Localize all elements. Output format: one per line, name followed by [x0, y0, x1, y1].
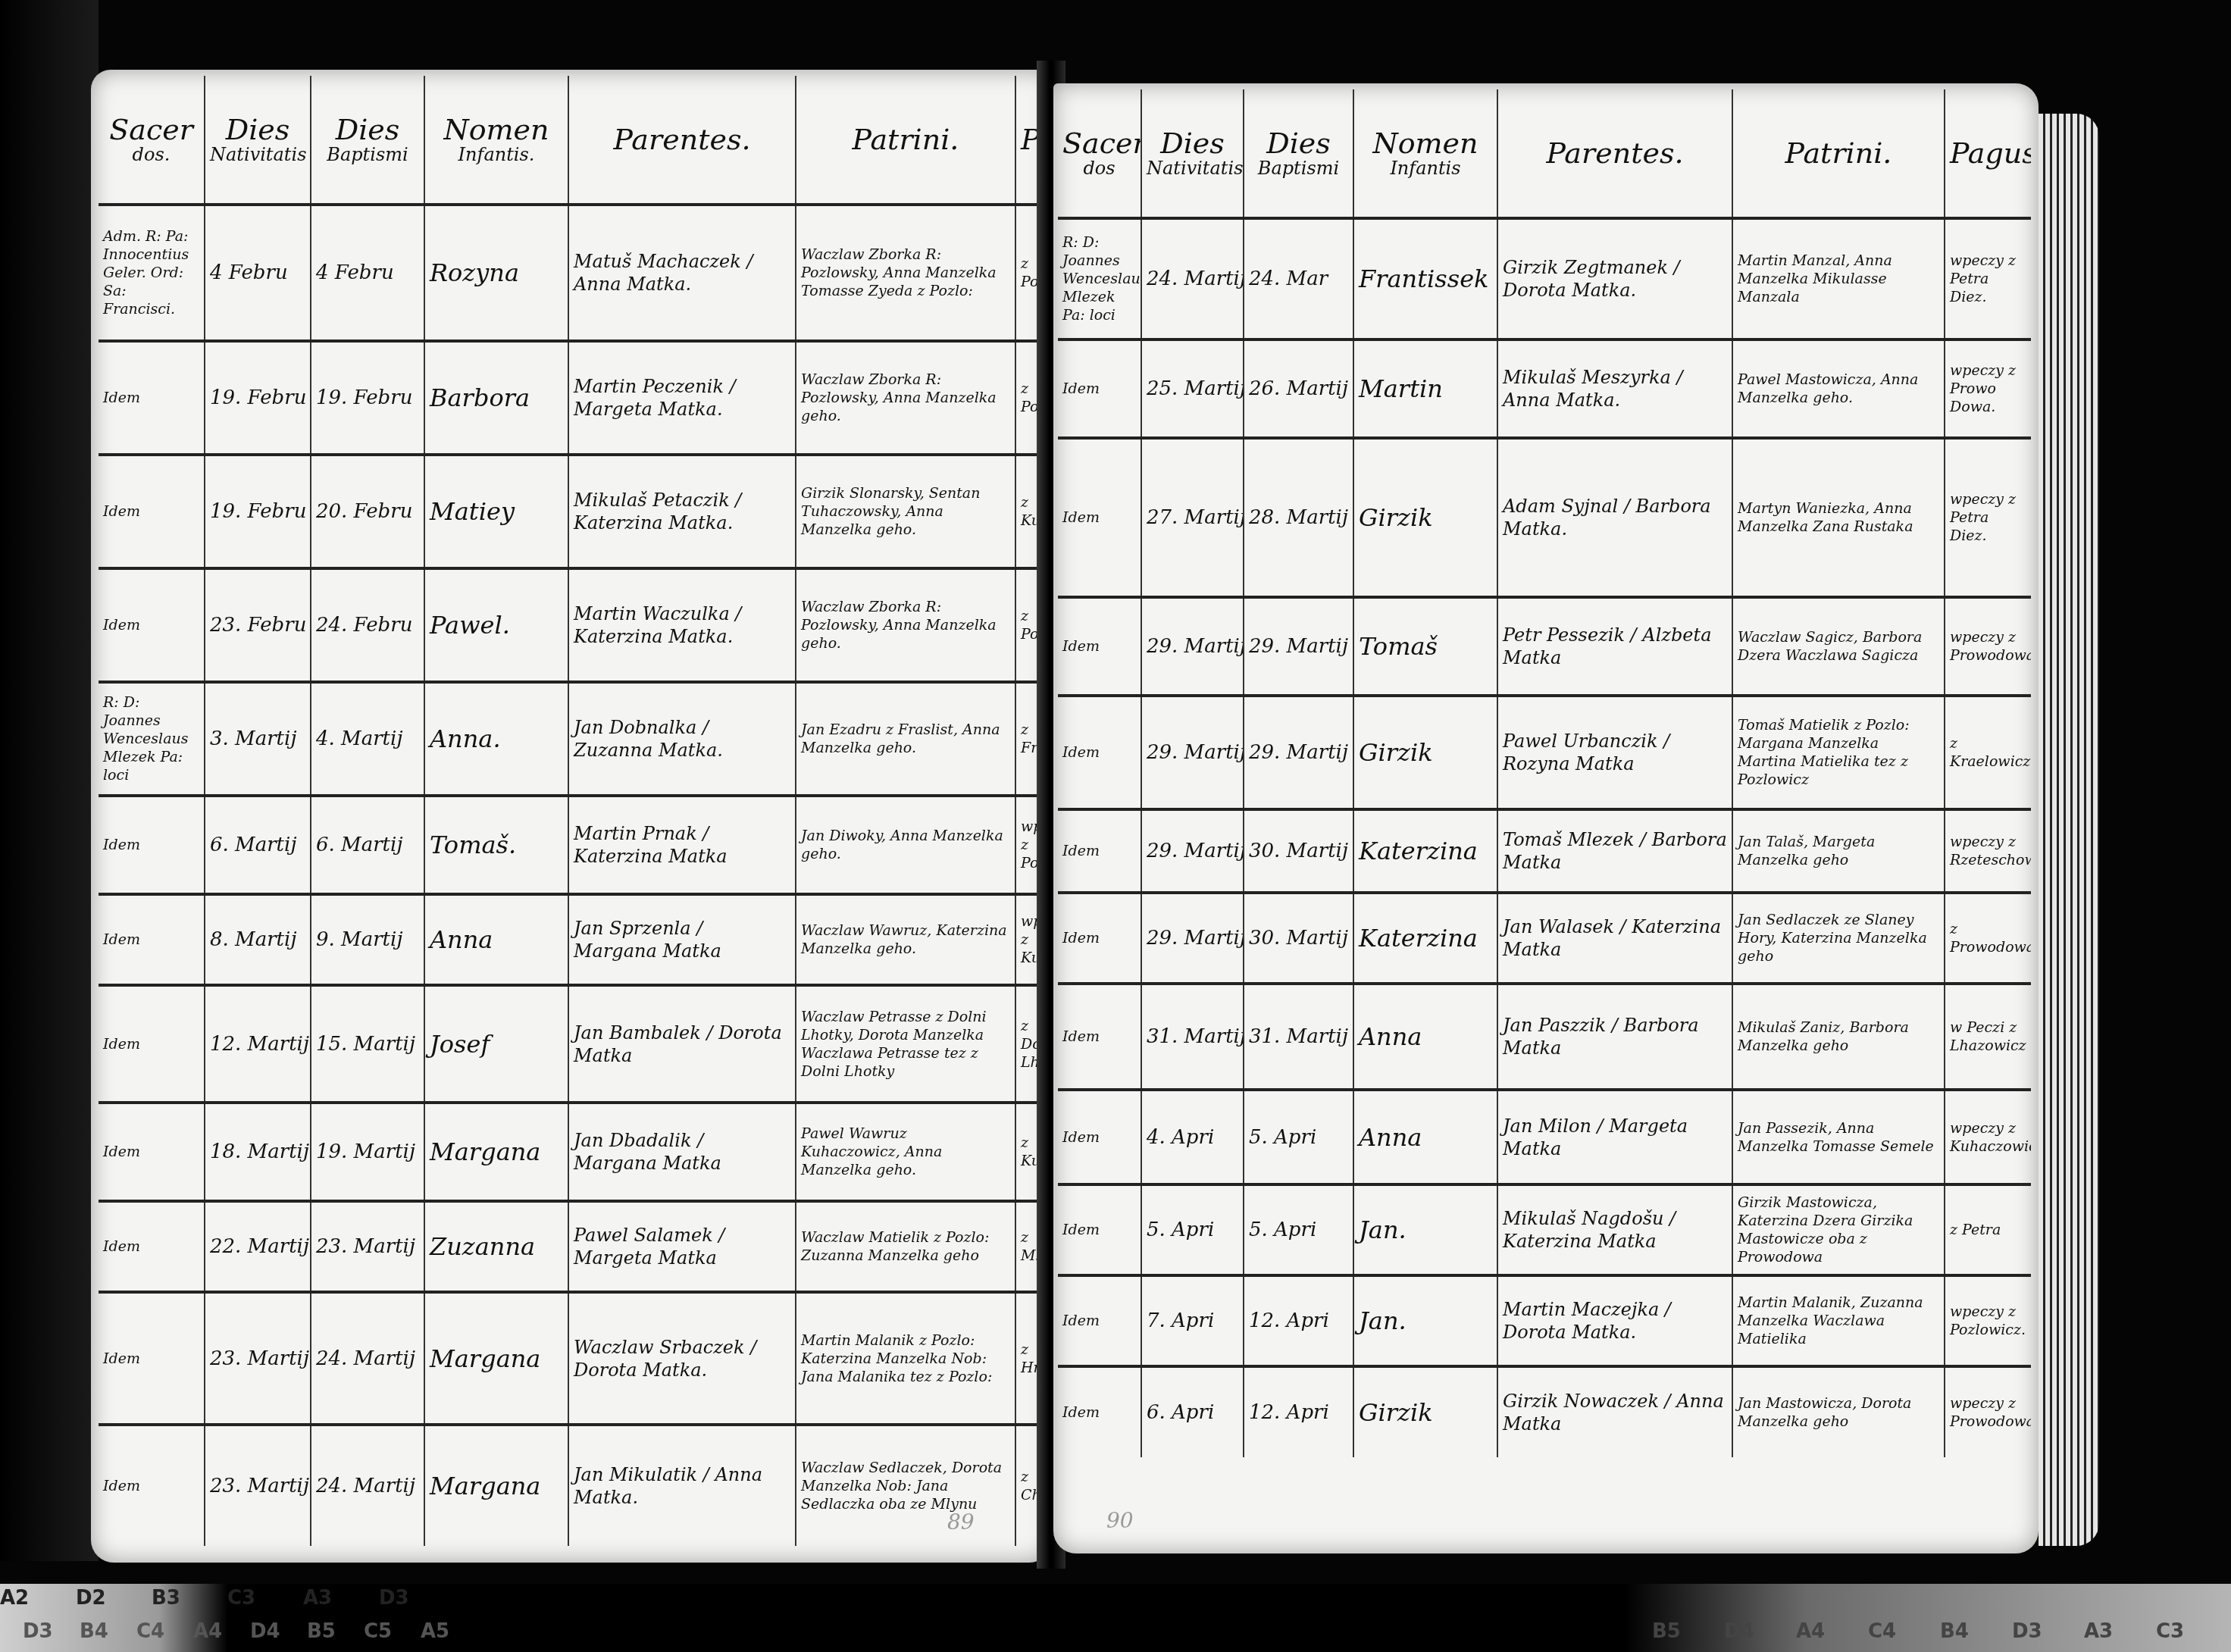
- village-cell: wpeczy z Rzeteschowa: [1945, 809, 2031, 893]
- godparents-cell: Martyn Waniezka, Anna Manzelka Zana Rust…: [1732, 438, 1945, 597]
- birth-date-cell: 12. Martij: [205, 985, 311, 1103]
- header-sacerdos: Sacerdos.: [99, 76, 205, 205]
- ruler-label: A2: [0, 1587, 29, 1610]
- child-name-cell: Girzik: [1353, 438, 1497, 597]
- child-name-cell: Rozyna: [424, 205, 568, 341]
- birth-date-cell: 23. Martij: [205, 1292, 311, 1425]
- child-name-cell: Jan.: [1353, 1275, 1497, 1366]
- parents-cell: Jan Milon / Margeta Matka: [1497, 1090, 1732, 1184]
- village-cell: wpeczy z Prowo Dowa.: [1945, 339, 2031, 438]
- village-cell: wpeczy z Prowodowa.: [1945, 597, 2031, 696]
- ruler-label: D4: [250, 1620, 280, 1643]
- header-patrini: Patrini.: [796, 76, 1015, 205]
- child-name-cell: Pawel.: [424, 568, 568, 682]
- godparents-cell: Martin Malanik, Zuzanna Manzelka Waczlaw…: [1732, 1275, 1945, 1366]
- godparents-cell: Jan Sedlaczek ze Slaney Hory, Katerzina …: [1732, 893, 1945, 984]
- header-pagus: Pagus.: [1945, 89, 2031, 218]
- birth-date-cell: 8. Martij: [205, 894, 311, 985]
- child-name-cell: Katerzina: [1353, 809, 1497, 893]
- godparents-cell: Jan Talaš, Margeta Manzelka geho: [1732, 809, 1945, 893]
- priest-cell: Idem: [1058, 339, 1141, 438]
- register-entry-row: Idem23. Febru24. FebruPawel.Martin Waczu…: [99, 568, 1052, 682]
- godparents-cell: Jan Diwoky, Anna Manzelka geho.: [796, 796, 1015, 894]
- ruler-label: B4: [1940, 1620, 1969, 1643]
- child-name-cell: Anna.: [424, 682, 568, 796]
- birth-date-cell: 4. Apri: [1141, 1090, 1244, 1184]
- birth-date-cell: 29. Martij: [1141, 809, 1244, 893]
- ruler-label: D3: [379, 1587, 409, 1610]
- parents-cell: Jan Paszzik / Barbora Matka: [1497, 984, 1732, 1090]
- child-name-cell: Anna: [424, 894, 568, 985]
- register-entry-row: Idem4. Apri5. ApriAnnaJan Milon / Marget…: [1058, 1090, 2031, 1184]
- priest-cell: Idem: [1058, 1090, 1141, 1184]
- birth-date-cell: 29. Martij: [1141, 893, 1244, 984]
- godparents-cell: Waczlaw Wawruz, Katerzina Manzelka geho.: [796, 894, 1015, 985]
- header-dies-baptismi: DiesBaptismi: [1244, 89, 1353, 218]
- child-name-cell: Matiey: [424, 455, 568, 568]
- baptism-date-cell: 31. Martij: [1244, 984, 1353, 1090]
- baptism-date-cell: 12. Apri: [1244, 1366, 1353, 1457]
- parents-cell: Pawel Salamek / Margeta Matka: [568, 1201, 796, 1292]
- priest-cell: Idem: [1058, 893, 1141, 984]
- baptism-date-cell: 15. Martij: [311, 985, 424, 1103]
- header-parentes: Parentes.: [1497, 89, 1732, 218]
- priest-cell: Idem: [99, 455, 205, 568]
- baptism-date-cell: 4. Martij: [311, 682, 424, 796]
- ruler-label: B5: [1652, 1620, 1681, 1643]
- godparents-cell: Waczlaw Sedlaczek, Dorota Manzelka Nob: …: [796, 1425, 1015, 1546]
- baptism-date-cell: 24. Martij: [311, 1425, 424, 1546]
- ruler-label: B5: [307, 1620, 336, 1643]
- book-scan: Sacerdos. DiesNativitatis DiesBaptismi N…: [0, 0, 2231, 1652]
- priest-cell: Adm. R: Pa: Innocentius Geler. Ord: Sa: …: [99, 205, 205, 341]
- priest-cell: Idem: [1058, 984, 1141, 1090]
- priest-cell: Idem: [99, 1103, 205, 1201]
- baptism-date-cell: 5. Apri: [1244, 1184, 1353, 1275]
- godparents-cell: Jan Passezik, Anna Manzelka Tomasse Seme…: [1732, 1090, 1945, 1184]
- parents-cell: Girzik Zegtmanek / Dorota Matka.: [1497, 218, 1732, 339]
- baptism-date-cell: 19. Febru: [311, 341, 424, 455]
- birth-date-cell: 18. Martij: [205, 1103, 311, 1201]
- parents-cell: Martin Waczulka / Katerzina Matka.: [568, 568, 796, 682]
- parents-cell: Jan Dbadalik / Margana Matka: [568, 1103, 796, 1201]
- baptism-date-cell: 9. Martij: [311, 894, 424, 985]
- child-name-cell: Katerzina: [1353, 893, 1497, 984]
- birth-date-cell: 3. Martij: [205, 682, 311, 796]
- child-name-cell: Margana: [424, 1292, 568, 1425]
- left-register-table: Sacerdos. DiesNativitatis DiesBaptismi N…: [99, 76, 1052, 1546]
- ruler-label: C3: [2156, 1620, 2184, 1643]
- register-entry-row: Idem8. Martij9. MartijAnnaJan Sprzenla /…: [99, 894, 1052, 985]
- baptism-date-cell: 29. Martij: [1244, 696, 1353, 809]
- register-entry-row: Idem27. Martij28. MartijGirzikAdam Syjna…: [1058, 438, 2031, 597]
- village-cell: wpeczy z Pozlowicz.: [1945, 1275, 2031, 1366]
- baptism-date-cell: 23. Martij: [311, 1201, 424, 1292]
- baptism-date-cell: 29. Martij: [1244, 597, 1353, 696]
- left-header-row: Sacerdos. DiesNativitatis DiesBaptismi N…: [99, 76, 1052, 205]
- child-name-cell: Anna: [1353, 1090, 1497, 1184]
- priest-cell: Idem: [99, 796, 205, 894]
- village-cell: wpeczy z Prowodowa.: [1945, 1366, 2031, 1457]
- ruler-label: A3: [303, 1587, 332, 1610]
- parents-cell: Jan Mikulatik / Anna Matka.: [568, 1425, 796, 1546]
- priest-cell: Idem: [1058, 597, 1141, 696]
- ruler-label: A4: [193, 1620, 222, 1643]
- baptism-date-cell: 24. Mar: [1244, 218, 1353, 339]
- register-entry-row: Idem29. Martij30. MartijKaterzinaJan Wal…: [1058, 893, 2031, 984]
- ruler-label: C4: [136, 1620, 164, 1643]
- priest-cell: Idem: [1058, 696, 1141, 809]
- register-entry-row: Idem23. Martij24. MartijMarganaWaczlaw S…: [99, 1292, 1052, 1425]
- register-entry-row: Idem29. Martij29. MartijGirzikPawel Urba…: [1058, 696, 2031, 809]
- godparents-cell: Martin Malanik z Pozlo: Katerzina Manzel…: [796, 1292, 1015, 1425]
- header-dies-nativitatis: DiesNativitatis: [1141, 89, 1244, 218]
- baptism-date-cell: 28. Martij: [1244, 438, 1353, 597]
- book-edge-shadow: [0, 0, 99, 1561]
- child-name-cell: Tomaš: [1353, 597, 1497, 696]
- right-register-table: Sacerdos DiesNativitatis DiesBaptismi No…: [1058, 89, 2031, 1457]
- register-entry-row: Idem19. Febru19. FebruBarboraMartin Pecz…: [99, 341, 1052, 455]
- ruler-label: B4: [80, 1620, 108, 1643]
- birth-date-cell: 27. Martij: [1141, 438, 1244, 597]
- priest-cell: R: D: Joannes Wenceslaus Mlezek Pa: loci: [99, 682, 205, 796]
- ruler-label: A4: [1796, 1620, 1825, 1643]
- priest-cell: Idem: [1058, 1275, 1141, 1366]
- register-entry-row: Idem18. Martij19. MartijMarganaJan Dbada…: [99, 1103, 1052, 1201]
- header-dies-nativitatis: DiesNativitatis: [205, 76, 311, 205]
- child-name-cell: Jan.: [1353, 1184, 1497, 1275]
- priest-cell: Idem: [1058, 438, 1141, 597]
- godparents-cell: Girzik Mastowicza, Katerzina Dzera Girzi…: [1732, 1184, 1945, 1275]
- priest-cell: Idem: [99, 1425, 205, 1546]
- register-entry-row: Idem5. Apri5. ApriJan.Mikulaš Nagdošu / …: [1058, 1184, 2031, 1275]
- child-name-cell: Tomaš.: [424, 796, 568, 894]
- left-page-number: 89: [947, 1510, 975, 1535]
- birth-date-cell: 29. Martij: [1141, 696, 1244, 809]
- godparents-cell: Jan Ezadru z Fraslist, Anna Manzelka geh…: [796, 682, 1015, 796]
- header-nomen-infantis: NomenInfantis.: [424, 76, 568, 205]
- parents-cell: Girzik Nowaczek / Anna Matka: [1497, 1366, 1732, 1457]
- godparents-cell: Mikulaš Zaniz, Barbora Manzelka geho: [1732, 984, 1945, 1090]
- birth-date-cell: 31. Martij: [1141, 984, 1244, 1090]
- baptism-date-cell: 6. Martij: [311, 796, 424, 894]
- godparents-cell: Waczlaw Zborka R: Pozlowsky, Anna Manzel…: [796, 341, 1015, 455]
- register-entry-row: Idem6. Martij6. MartijTomaš.Martin Prnak…: [99, 796, 1052, 894]
- register-entry-row: Idem25. Martij26. MartijMartinMikulaš Me…: [1058, 339, 2031, 438]
- priest-cell: Idem: [99, 568, 205, 682]
- parents-cell: Jan Dobnalka / Zuzanna Matka.: [568, 682, 796, 796]
- priest-cell: Idem: [99, 1201, 205, 1292]
- parents-cell: Mikulaš Nagdošu / Katerzina Matka: [1497, 1184, 1732, 1275]
- child-name-cell: Anna: [1353, 984, 1497, 1090]
- ruler-label: A5: [421, 1620, 449, 1643]
- register-entry-row: Idem31. Martij31. MartijAnnaJan Paszzik …: [1058, 984, 2031, 1090]
- priest-cell: Idem: [99, 341, 205, 455]
- header-dies-baptismi: DiesBaptismi: [311, 76, 424, 205]
- header-nomen-infantis: NomenInfantis: [1353, 89, 1497, 218]
- child-name-cell: Girzik: [1353, 696, 1497, 809]
- parents-cell: Martin Maczejka / Dorota Matka.: [1497, 1275, 1732, 1366]
- godparents-cell: Waczlaw Matielik z Pozlo: Zuzanna Manzel…: [796, 1201, 1015, 1292]
- right-page: Sacerdos DiesNativitatis DiesBaptismi No…: [1053, 83, 2039, 1553]
- priest-cell: Idem: [1058, 809, 1141, 893]
- godparents-cell: Girzik Slonarsky, Sentan Tuhaczowsky, An…: [796, 455, 1015, 568]
- header-patrini: Patrini.: [1732, 89, 1945, 218]
- baptism-date-cell: 24. Febru: [311, 568, 424, 682]
- baptism-date-cell: 30. Martij: [1244, 893, 1353, 984]
- birth-date-cell: 23. Febru: [205, 568, 311, 682]
- right-page-number: 90: [1106, 1508, 1134, 1533]
- parents-cell: Martin Peczenik / Margeta Matka.: [568, 341, 796, 455]
- godparents-cell: Pawel Mastowicza, Anna Manzelka geho.: [1732, 339, 1945, 438]
- parents-cell: Mikulaš Meszyrka / Anna Matka.: [1497, 339, 1732, 438]
- register-entry-row: Idem19. Febru20. FebruMatieyMikulaš Peta…: [99, 455, 1052, 568]
- color-calibration-strip: A2D2B3C3A3D3D3B4C4A4D4B5C5A5B5D4A4C4B4D3…: [0, 1584, 2231, 1652]
- birth-date-cell: 7. Apri: [1141, 1275, 1244, 1366]
- godparents-cell: Waczlaw Petrasse z Dolni Lhotky, Dorota …: [796, 985, 1015, 1103]
- left-page: Sacerdos. DiesNativitatis DiesBaptismi N…: [91, 70, 1052, 1563]
- village-cell: wpeczy z Petra Diez.: [1945, 438, 2031, 597]
- priest-cell: Idem: [99, 1292, 205, 1425]
- baptism-date-cell: 30. Martij: [1244, 809, 1353, 893]
- godparents-cell: Waczlaw Sagicz, Barbora Dzera Waczlawa S…: [1732, 597, 1945, 696]
- priest-cell: Idem: [1058, 1184, 1141, 1275]
- birth-date-cell: 19. Febru: [205, 455, 311, 568]
- register-entry-row: R: D: Joannes Wenceslaus Mlezek Pa: loci…: [1058, 218, 2031, 339]
- ruler-label: D3: [23, 1620, 53, 1643]
- baptism-date-cell: 24. Martij: [311, 1292, 424, 1425]
- ruler-label: C5: [364, 1620, 392, 1643]
- village-cell: z Prowodowa: [1945, 893, 2031, 984]
- birth-date-cell: 4 Febru: [205, 205, 311, 341]
- right-header-row: Sacerdos DiesNativitatis DiesBaptismi No…: [1058, 89, 2031, 218]
- parents-cell: Tomaš Mlezek / Barbora Matka: [1497, 809, 1732, 893]
- ruler-label: C4: [1868, 1620, 1896, 1643]
- village-cell: z Petra: [1945, 1184, 2031, 1275]
- register-entry-row: Idem12. Martij15. MartijJosefJan Bambale…: [99, 985, 1052, 1103]
- birth-date-cell: 22. Martij: [205, 1201, 311, 1292]
- godparents-cell: Pawel Wawruz Kuhaczowicz, Anna Manzelka …: [796, 1103, 1015, 1201]
- birth-date-cell: 29. Martij: [1141, 597, 1244, 696]
- ruler-label: D2: [76, 1587, 106, 1610]
- priest-cell: Idem: [99, 985, 205, 1103]
- child-name-cell: Margana: [424, 1103, 568, 1201]
- birth-date-cell: 6. Apri: [1141, 1366, 1244, 1457]
- baptism-date-cell: 12. Apri: [1244, 1275, 1353, 1366]
- parents-cell: Matuš Machaczek / Anna Matka.: [568, 205, 796, 341]
- priest-cell: Idem: [99, 894, 205, 985]
- godparents-cell: Martin Manzal, Anna Manzelka Mikulasse M…: [1732, 218, 1945, 339]
- ruler-label: D4: [1724, 1620, 1754, 1643]
- godparents-cell: Waczlaw Zborka R: Pozlowsky, Anna Manzel…: [796, 205, 1015, 341]
- child-name-cell: Barbora: [424, 341, 568, 455]
- ruler-label: C3: [227, 1587, 255, 1610]
- parents-cell: Pawel Urbanczik / Rozyna Matka: [1497, 696, 1732, 809]
- parents-cell: Jan Walasek / Katerzina Matka: [1497, 893, 1732, 984]
- baptism-date-cell: 20. Febru: [311, 455, 424, 568]
- register-entry-row: Idem7. Apri12. ApriJan.Martin Maczejka /…: [1058, 1275, 2031, 1366]
- priest-cell: R: D: Joannes Wenceslaus Mlezek Pa: loci: [1058, 218, 1141, 339]
- child-name-cell: Zuzanna: [424, 1201, 568, 1292]
- register-entry-row: Idem6. Apri12. ApriGirzikGirzik Nowaczek…: [1058, 1366, 2031, 1457]
- register-entry-row: Idem29. Martij30. MartijKaterzinaTomaš M…: [1058, 809, 2031, 893]
- godparents-cell: Jan Mastowicza, Dorota Manzelka geho: [1732, 1366, 1945, 1457]
- birth-date-cell: 6. Martij: [205, 796, 311, 894]
- child-name-cell: Frantissek: [1353, 218, 1497, 339]
- register-entry-row: R: D: Joannes Wenceslaus Mlezek Pa: loci…: [99, 682, 1052, 796]
- register-entry-row: Idem23. Martij24. MartijMarganaJan Mikul…: [99, 1425, 1052, 1546]
- parents-cell: Adam Syjnal / Barbora Matka.: [1497, 438, 1732, 597]
- parents-cell: Mikulaš Petaczik / Katerzina Matka.: [568, 455, 796, 568]
- ruler-label: D3: [2012, 1620, 2042, 1643]
- birth-date-cell: 24. Martij: [1141, 218, 1244, 339]
- child-name-cell: Josef: [424, 985, 568, 1103]
- parents-cell: Martin Prnak / Katerzina Matka: [568, 796, 796, 894]
- parents-cell: Jan Sprzenla / Margana Matka: [568, 894, 796, 985]
- ruler-right-segment: [1625, 1584, 2231, 1652]
- birth-date-cell: 5. Apri: [1141, 1184, 1244, 1275]
- header-sacerdos: Sacerdos: [1058, 89, 1141, 218]
- parents-cell: Petr Pessezik / Alzbeta Matka: [1497, 597, 1732, 696]
- parents-cell: Jan Bambalek / Dorota Matka: [568, 985, 796, 1103]
- village-cell: w Peczi z Lhazowicz: [1945, 984, 2031, 1090]
- parents-cell: Waczlaw Srbaczek / Dorota Matka.: [568, 1292, 796, 1425]
- baptism-date-cell: 26. Martij: [1244, 339, 1353, 438]
- godparents-cell: Waczlaw Zborka R: Pozlowsky, Anna Manzel…: [796, 568, 1015, 682]
- birth-date-cell: 25. Martij: [1141, 339, 1244, 438]
- baptism-date-cell: 5. Apri: [1244, 1090, 1353, 1184]
- register-entry-row: Adm. R: Pa: Innocentius Geler. Ord: Sa: …: [99, 205, 1052, 341]
- register-entry-row: Idem29. Martij29. MartijTomašPetr Pessez…: [1058, 597, 2031, 696]
- village-cell: z Kraelowicz: [1945, 696, 2031, 809]
- baptism-date-cell: 4 Febru: [311, 205, 424, 341]
- village-cell: wpeczy z Kuhaczowicz: [1945, 1090, 2031, 1184]
- child-name-cell: Girzik: [1353, 1366, 1497, 1457]
- priest-cell: Idem: [1058, 1366, 1141, 1457]
- child-name-cell: Martin: [1353, 339, 1497, 438]
- birth-date-cell: 19. Febru: [205, 341, 311, 455]
- ruler-label: A3: [2084, 1620, 2113, 1643]
- ruler-label: B3: [152, 1587, 180, 1610]
- godparents-cell: Tomaš Matielik z Pozlo: Margana Manzelka…: [1732, 696, 1945, 809]
- register-entry-row: Idem22. Martij23. MartijZuzannaPawel Sal…: [99, 1201, 1052, 1292]
- child-name-cell: Margana: [424, 1425, 568, 1546]
- header-parentes: Parentes.: [568, 76, 796, 205]
- baptism-date-cell: 19. Martij: [311, 1103, 424, 1201]
- village-cell: wpeczy z Petra Diez.: [1945, 218, 2031, 339]
- page-edges: [2039, 114, 2099, 1546]
- birth-date-cell: 23. Martij: [205, 1425, 311, 1546]
